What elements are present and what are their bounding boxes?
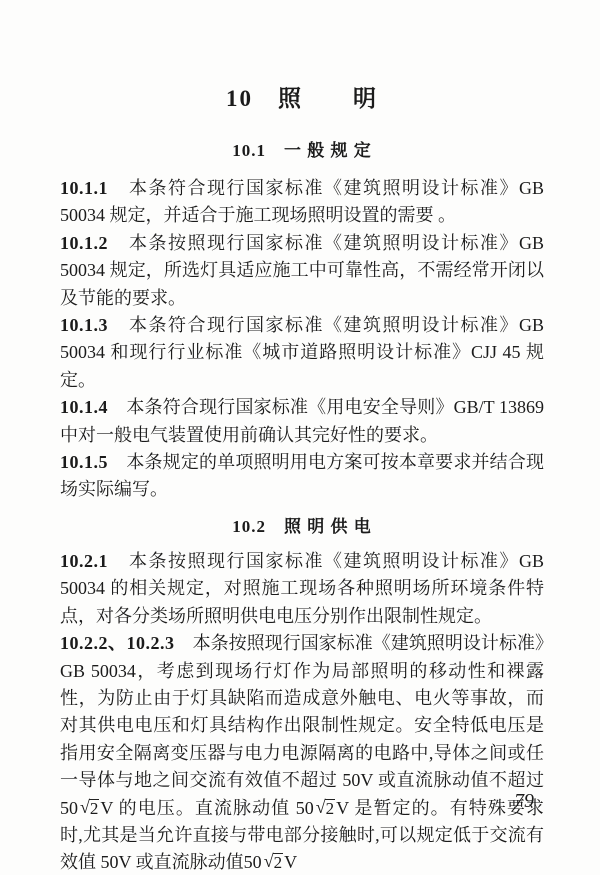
radical-argument: 2 <box>325 799 336 818</box>
sqrt-radical: √2 <box>80 798 99 818</box>
radical-sign: √ <box>316 794 326 821</box>
clause-text: 本条符合现行国家标准《用电安全导则》GB/T 13869 中对一般电气装置使用前… <box>60 397 544 444</box>
clause-number: 10.1.2 <box>60 233 108 253</box>
clause-paragraph: 10.1.5 本条规定的单项照明用电方案可按本章要求并结合现场实际编写。 <box>60 449 544 504</box>
document-content: 10 照 明 10.1 一 般 规 定10.1.1 本条符合现行国家标准《建筑照… <box>60 0 544 875</box>
clause-number: 10.2.1 <box>60 551 108 571</box>
clause-text: V 的电压。直流脉动值 50 <box>100 798 313 818</box>
document-page: 10 照 明 10.1 一 般 规 定10.1.1 本条符合现行国家标准《建筑照… <box>0 0 600 875</box>
document-body: 10.1 一 般 规 定10.1.1 本条符合现行国家标准《建筑照明设计标准》G… <box>60 139 544 875</box>
clause-paragraph: 10.2.2、10.2.3 本条按照现行国家标准《建筑照明设计标准》GB 500… <box>60 630 544 875</box>
chapter-title: 10 照 明 <box>60 84 544 114</box>
section-heading: 10.2 照 明 供 电 <box>60 515 544 539</box>
radical-argument: 2 <box>89 799 100 818</box>
clause-text: V <box>284 852 297 872</box>
clause-text: 本条符合现行国家标准《建筑照明设计标准》GB 50034 规定，并适合于施工现场… <box>60 178 544 225</box>
clause-text: 本条规定的单项照明用电方案可按本章要求并结合现场实际编写。 <box>60 452 544 499</box>
radical-sign: √ <box>80 794 90 821</box>
section-heading: 10.1 一 般 规 定 <box>60 139 544 163</box>
clause-number: 10.2.2、10.2.3 <box>60 633 175 653</box>
radical-argument: 2 <box>273 853 284 872</box>
clause-text: 本条按照现行国家标准《建筑照明设计标准》GB 50034 规定，所选灯具适应施工… <box>60 233 544 308</box>
clause-paragraph: 10.1.2 本条按照现行国家标准《建筑照明设计标准》GB 50034 规定，所… <box>60 230 544 312</box>
clause-text: 本条按照现行国家标准《建筑照明设计标准》GB 50034 的相关规定，对照施工现… <box>60 551 544 626</box>
radical-sign: √ <box>264 848 274 875</box>
clause-number: 10.1.1 <box>60 178 108 198</box>
clause-text: 本条按照现行国家标准《建筑照明设计标准》GB 50034，考虑到现场行灯作为局部… <box>60 633 544 817</box>
sqrt-radical: √2 <box>316 798 335 818</box>
clause-paragraph: 10.1.3 本条符合现行国家标准《建筑照明设计标准》GB 50034 和现行行… <box>60 312 544 394</box>
clause-number: 10.1.3 <box>60 315 108 335</box>
page-number: 79 <box>514 790 534 813</box>
clause-paragraph: 10.2.1 本条按照现行国家标准《建筑照明设计标准》GB 50034 的相关规… <box>60 548 544 630</box>
sqrt-radical: √2 <box>264 852 283 872</box>
clause-paragraph: 10.1.1 本条符合现行国家标准《建筑照明设计标准》GB 50034 规定，并… <box>60 175 544 230</box>
clause-text: 本条符合现行国家标准《建筑照明设计标准》GB 50034 和现行行业标准《城市道… <box>60 315 544 390</box>
clause-number: 10.1.4 <box>60 397 108 417</box>
clause-paragraph: 10.1.4 本条符合现行国家标准《用电安全导则》GB/T 13869 中对一般… <box>60 394 544 449</box>
clause-number: 10.1.5 <box>60 452 108 472</box>
